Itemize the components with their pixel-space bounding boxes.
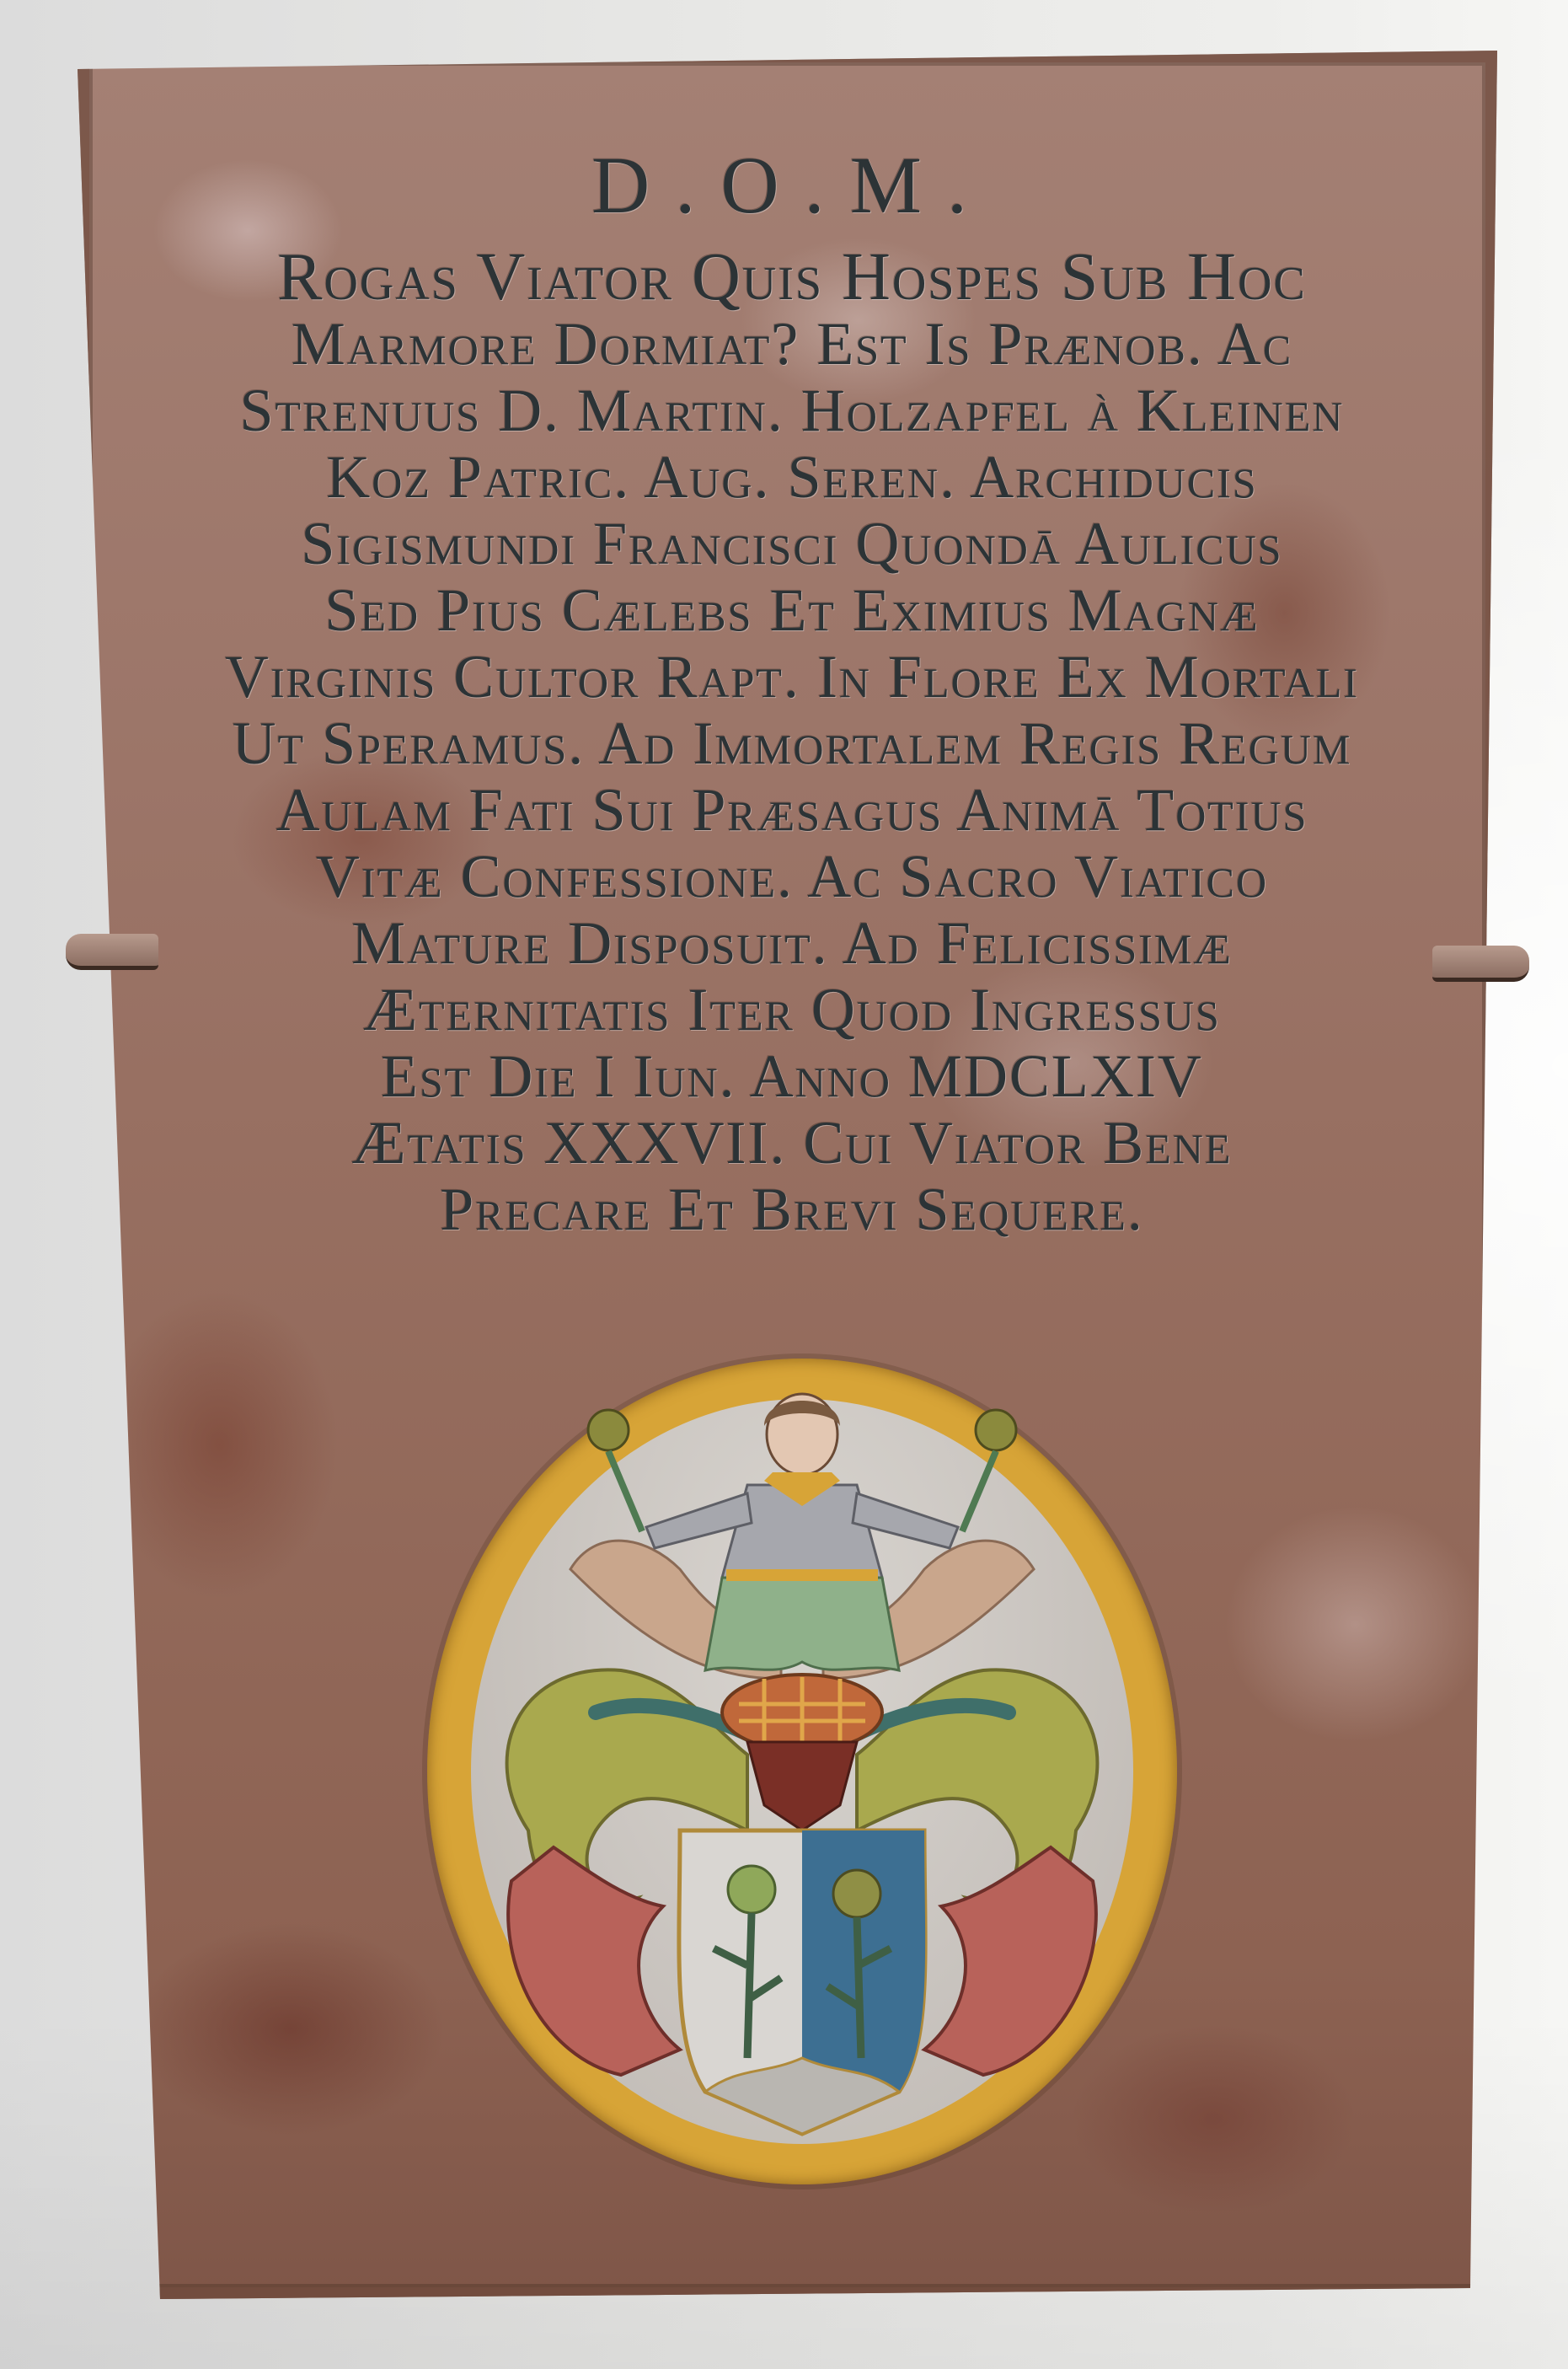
inscription: D.O.M. Rogas Viator Quis Hospes Sub Hoc … xyxy=(101,126,1483,1243)
inscription-line: Strenuus D. Martin. Holzapfel à Kleinen xyxy=(101,378,1483,444)
inscription-line: Aulam Fati Sui Præsagus Animā Totius xyxy=(101,777,1483,844)
inscription-title: D.O.M. xyxy=(101,126,1483,244)
inscription-line: Virginis Cultor Rapt. In Flore Ex Mortal… xyxy=(101,644,1483,710)
inscription-line: Mature Disposuit. Ad Felicissimæ xyxy=(101,910,1483,977)
inscription-line: Æternitatis Iter Quod Ingressus xyxy=(101,977,1483,1043)
inscription-line: Marmore Dormiat? Est Is Prænob. Ac xyxy=(101,311,1483,378)
inscription-line: Precare Et Brevi Sequere. xyxy=(101,1176,1483,1243)
inscription-line: Ut Speramus. Ad Immortalem Regis Regum xyxy=(101,710,1483,777)
inscription-line: Ætatis XXXVII. Cui Viator Bene xyxy=(101,1110,1483,1176)
inscription-line: Sigismundi Francisci Quondā Aulicus xyxy=(101,511,1483,577)
inscription-line: Sed Pius Cælebs Et Eximius Magnæ xyxy=(101,577,1483,644)
inscription-line: Vitæ Confessione. Ac Sacro Viatico xyxy=(101,844,1483,910)
inscription-line: Koz Patric. Aug. Seren. Archiducis xyxy=(101,444,1483,511)
inscription-line: Est Die I Iun. Anno MDCLXIV xyxy=(101,1043,1483,1110)
coat-of-arms-medallion xyxy=(427,1359,1177,2184)
inscription-line: Rogas Viator Quis Hospes Sub Hoc xyxy=(101,244,1483,311)
coat-of-arms-icon xyxy=(427,1359,1177,2184)
